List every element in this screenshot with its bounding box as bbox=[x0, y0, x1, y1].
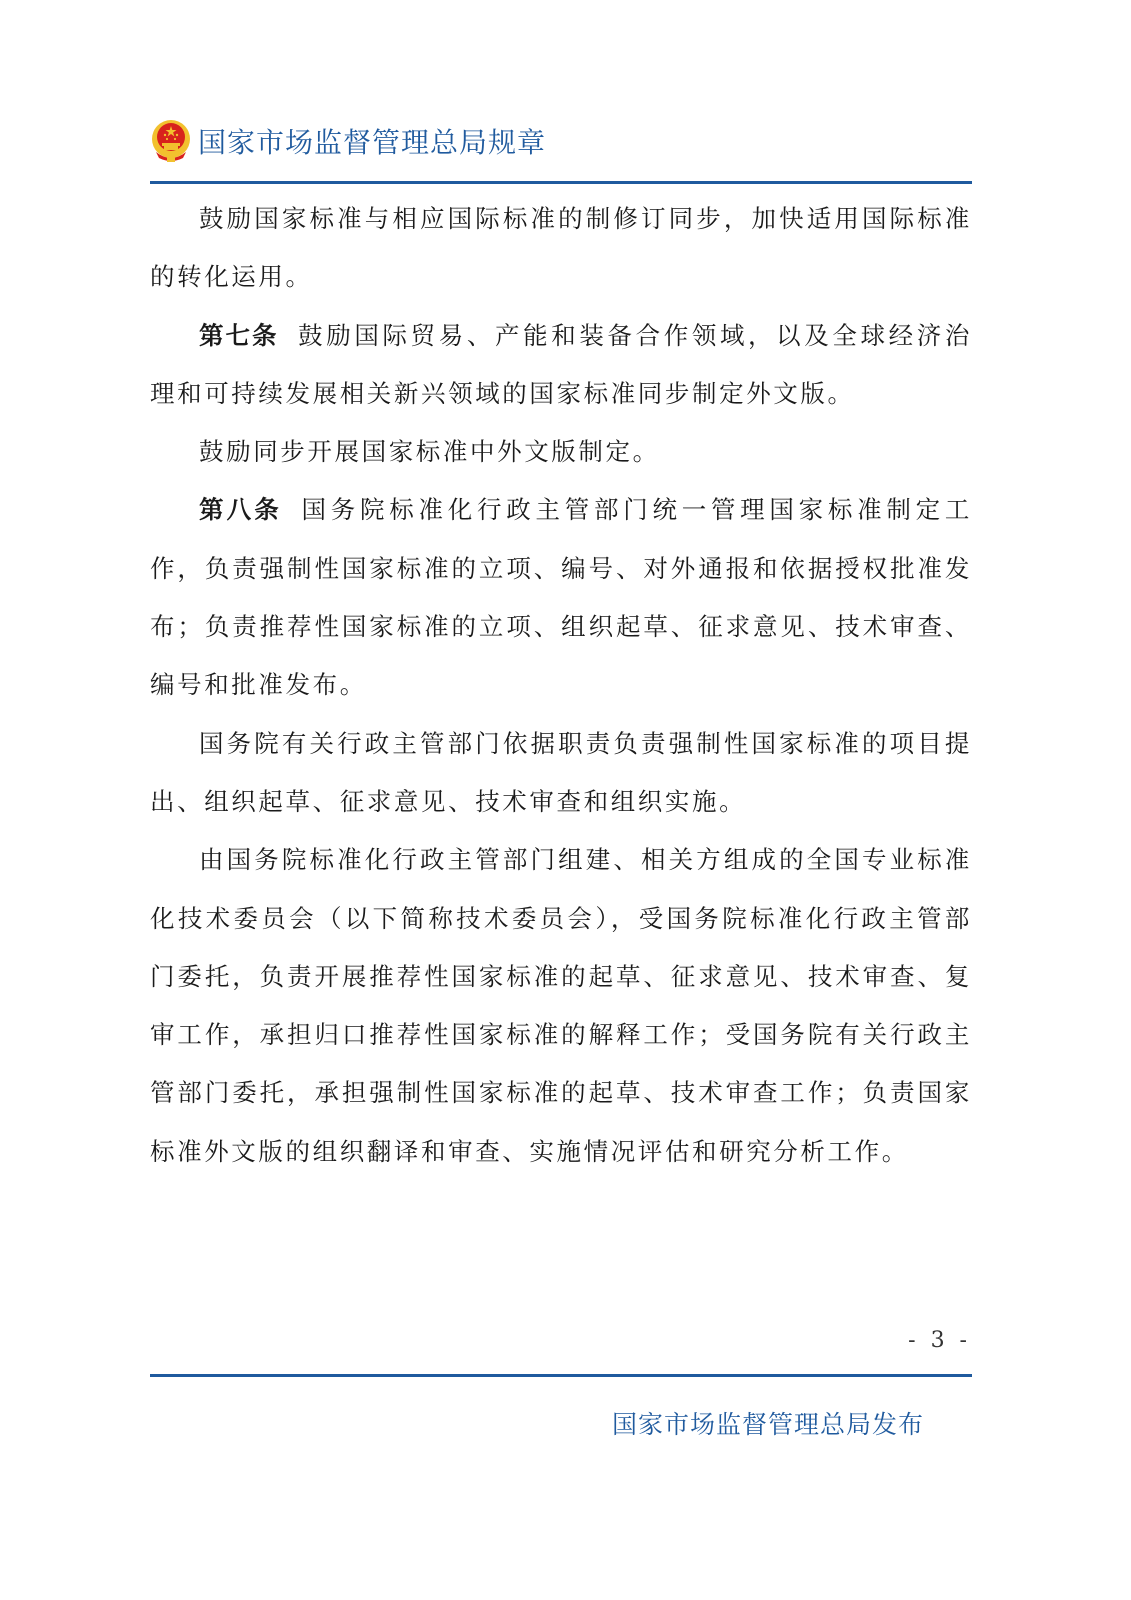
national-emblem-icon bbox=[150, 118, 192, 164]
page-number: - 3 - bbox=[908, 1328, 971, 1353]
footer-divider bbox=[150, 1374, 972, 1377]
paragraph-text: 国务院有关行政主管部门依据职责负责强制性国家标准的项目提出、组织起草、征求意见、… bbox=[150, 729, 972, 816]
header-divider bbox=[150, 181, 972, 184]
document-header: 国家市场监督管理总局规章 bbox=[150, 118, 546, 164]
paragraph: 由国务院标准化行政主管部门组建、相关方组成的全国专业标准化技术委员会（以下简称技… bbox=[150, 831, 972, 1181]
header-title: 国家市场监督管理总局规章 bbox=[198, 121, 546, 161]
paragraph-text: 鼓励国家标准与相应国际标准的制修订同步，加快适用国际标准的转化运用。 bbox=[150, 204, 972, 291]
paragraph: 国务院有关行政主管部门依据职责负责强制性国家标准的项目提出、组织起草、征求意见、… bbox=[150, 715, 972, 832]
paragraph-text: 鼓励同步开展国家标准中外文版制定。 bbox=[199, 437, 660, 466]
article-heading: 第八条 bbox=[199, 495, 282, 524]
paragraph-text: 国务院标准化行政主管部门统一管理国家标准制定工作，负责强制性国家标准的立项、编号… bbox=[150, 495, 972, 699]
paragraph: 鼓励国家标准与相应国际标准的制修订同步，加快适用国际标准的转化运用。 bbox=[150, 190, 972, 307]
document-body: 鼓励国家标准与相应国际标准的制修订同步，加快适用国际标准的转化运用。 第七条鼓励… bbox=[150, 190, 972, 1181]
paragraph-article-8: 第八条国务院标准化行政主管部门统一管理国家标准制定工作，负责强制性国家标准的立项… bbox=[150, 481, 972, 714]
paragraph-article-7: 第七条鼓励国际贸易、产能和装备合作领域，以及全球经济治理和可持续发展相关新兴领域… bbox=[150, 307, 972, 424]
paragraph: 鼓励同步开展国家标准中外文版制定。 bbox=[150, 423, 972, 481]
paragraph-text: 由国务院标准化行政主管部门组建、相关方组成的全国专业标准化技术委员会（以下简称技… bbox=[150, 845, 972, 1165]
footer-publisher: 国家市场监督管理总局发布 bbox=[612, 1405, 924, 1441]
article-heading: 第七条 bbox=[199, 321, 279, 350]
